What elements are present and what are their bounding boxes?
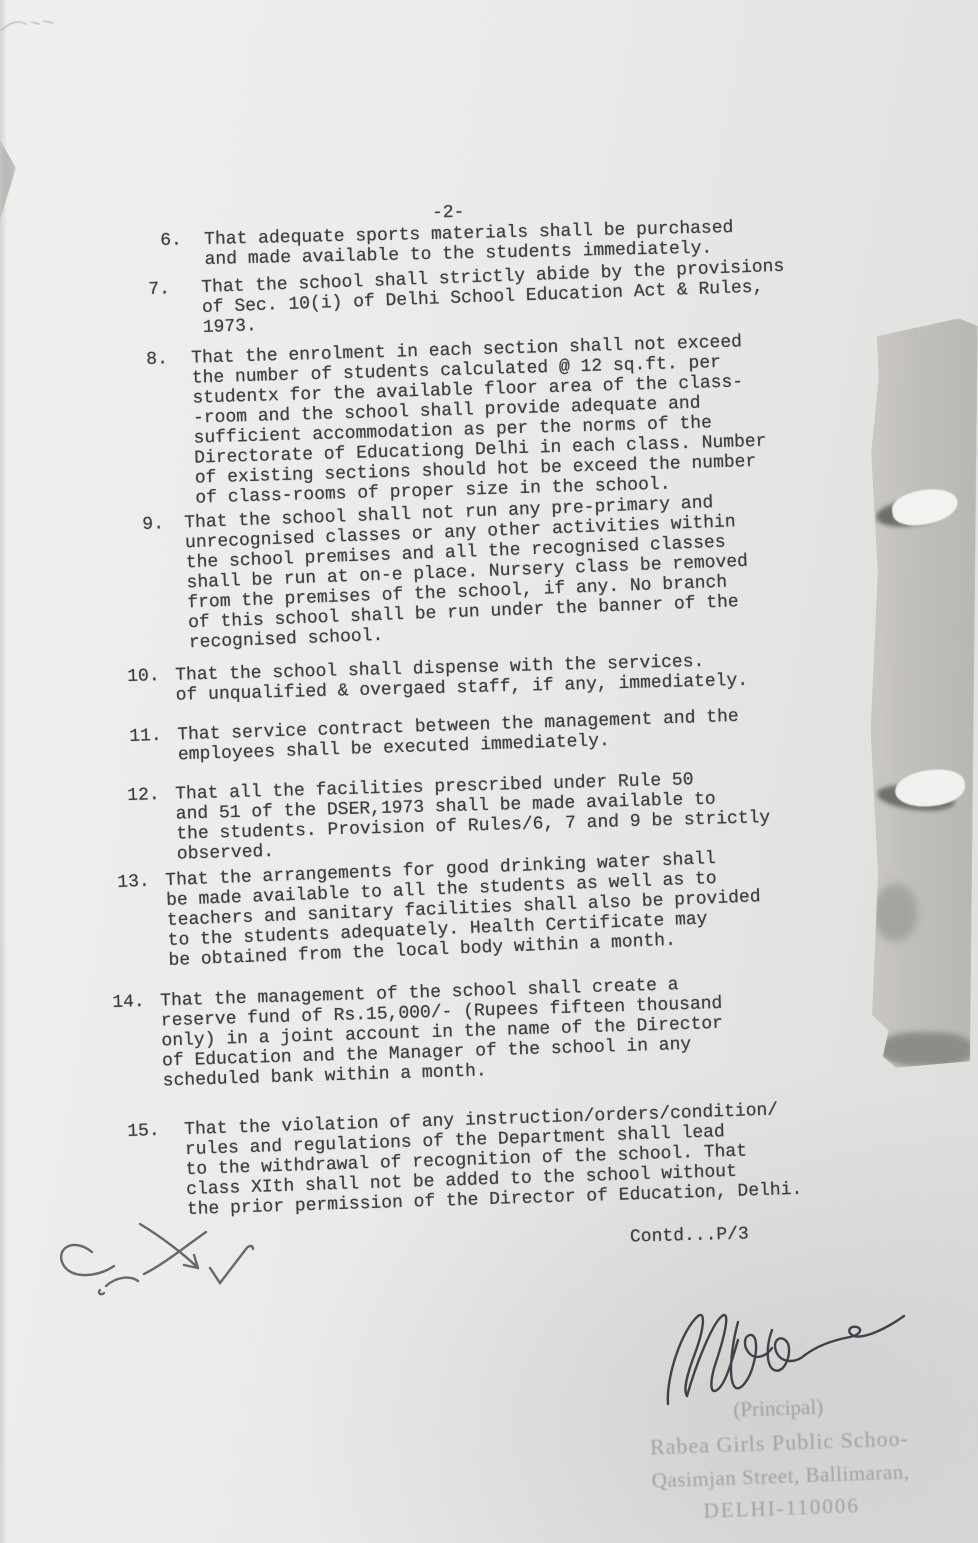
item-text: That the management of the school shall … bbox=[160, 974, 725, 1092]
list-item: 15. That the violation of any instructio… bbox=[127, 1100, 803, 1222]
page-left-edge-shadow bbox=[0, 0, 7, 1543]
item-number: 6. bbox=[160, 230, 205, 271]
tape-smudge bbox=[880, 1032, 972, 1067]
left-edge-smudge bbox=[0, 140, 16, 220]
item-text: That the arrangements for good drinking … bbox=[165, 847, 763, 971]
stamp-address: Qasimjan Street, Ballimaran, bbox=[598, 1458, 963, 1496]
page-number: -2- bbox=[432, 203, 465, 224]
tape-shadow-band bbox=[858, 317, 978, 1068]
item-text: That the violation of any instruction/or… bbox=[184, 1100, 803, 1220]
stamp-title: (Principal) bbox=[596, 1390, 961, 1428]
item-number: 15. bbox=[127, 1120, 187, 1222]
item-text: That the enrolment in each section shall… bbox=[191, 332, 768, 509]
item-text: That the school shall dispense with the … bbox=[175, 651, 748, 706]
pencil-scrawl bbox=[48, 1210, 308, 1330]
list-item: 10. That the school shall dispense with … bbox=[127, 651, 748, 707]
stamp-school-name: Rabea Girls Public Schoo- bbox=[597, 1424, 962, 1463]
item-number: 7. bbox=[148, 278, 203, 340]
list-item: 14. That the management of the school sh… bbox=[112, 974, 725, 1093]
list-item: 13. That the arrangements for good drink… bbox=[117, 847, 763, 973]
item-text: That the school shall not run any pre-pr… bbox=[184, 492, 751, 653]
list-item: 8. That the enrolment in each section sh… bbox=[146, 332, 768, 510]
item-number: 10. bbox=[127, 666, 176, 707]
item-number: 11. bbox=[129, 725, 178, 767]
item-number: 13. bbox=[117, 871, 169, 973]
pencil-corner-scribble bbox=[0, 8, 70, 40]
item-number: 8. bbox=[146, 349, 196, 510]
stamp-city: DELHI-110006 bbox=[599, 1490, 964, 1528]
list-item: 11. That service contract between the ma… bbox=[129, 707, 740, 767]
item-number: 14. bbox=[112, 991, 163, 1092]
principal-stamp: (Principal) Rabea Girls Public Schoo- Qa… bbox=[596, 1390, 964, 1528]
continuation-note: Contd...P/3 bbox=[630, 1224, 749, 1247]
item-number: 9. bbox=[142, 513, 189, 655]
list-item: 9. That the school shall not run any pre… bbox=[142, 492, 751, 655]
list-item: 7. That the school shall strictly abide … bbox=[148, 257, 786, 340]
item-text: That service contract between the manage… bbox=[177, 707, 740, 766]
tape-smudge bbox=[873, 884, 918, 942]
item-text: That the school shall strictly abide by … bbox=[201, 257, 786, 338]
tape-torn-hole bbox=[893, 767, 966, 809]
tape-torn-hole bbox=[890, 485, 961, 529]
item-number: 12. bbox=[127, 785, 177, 866]
